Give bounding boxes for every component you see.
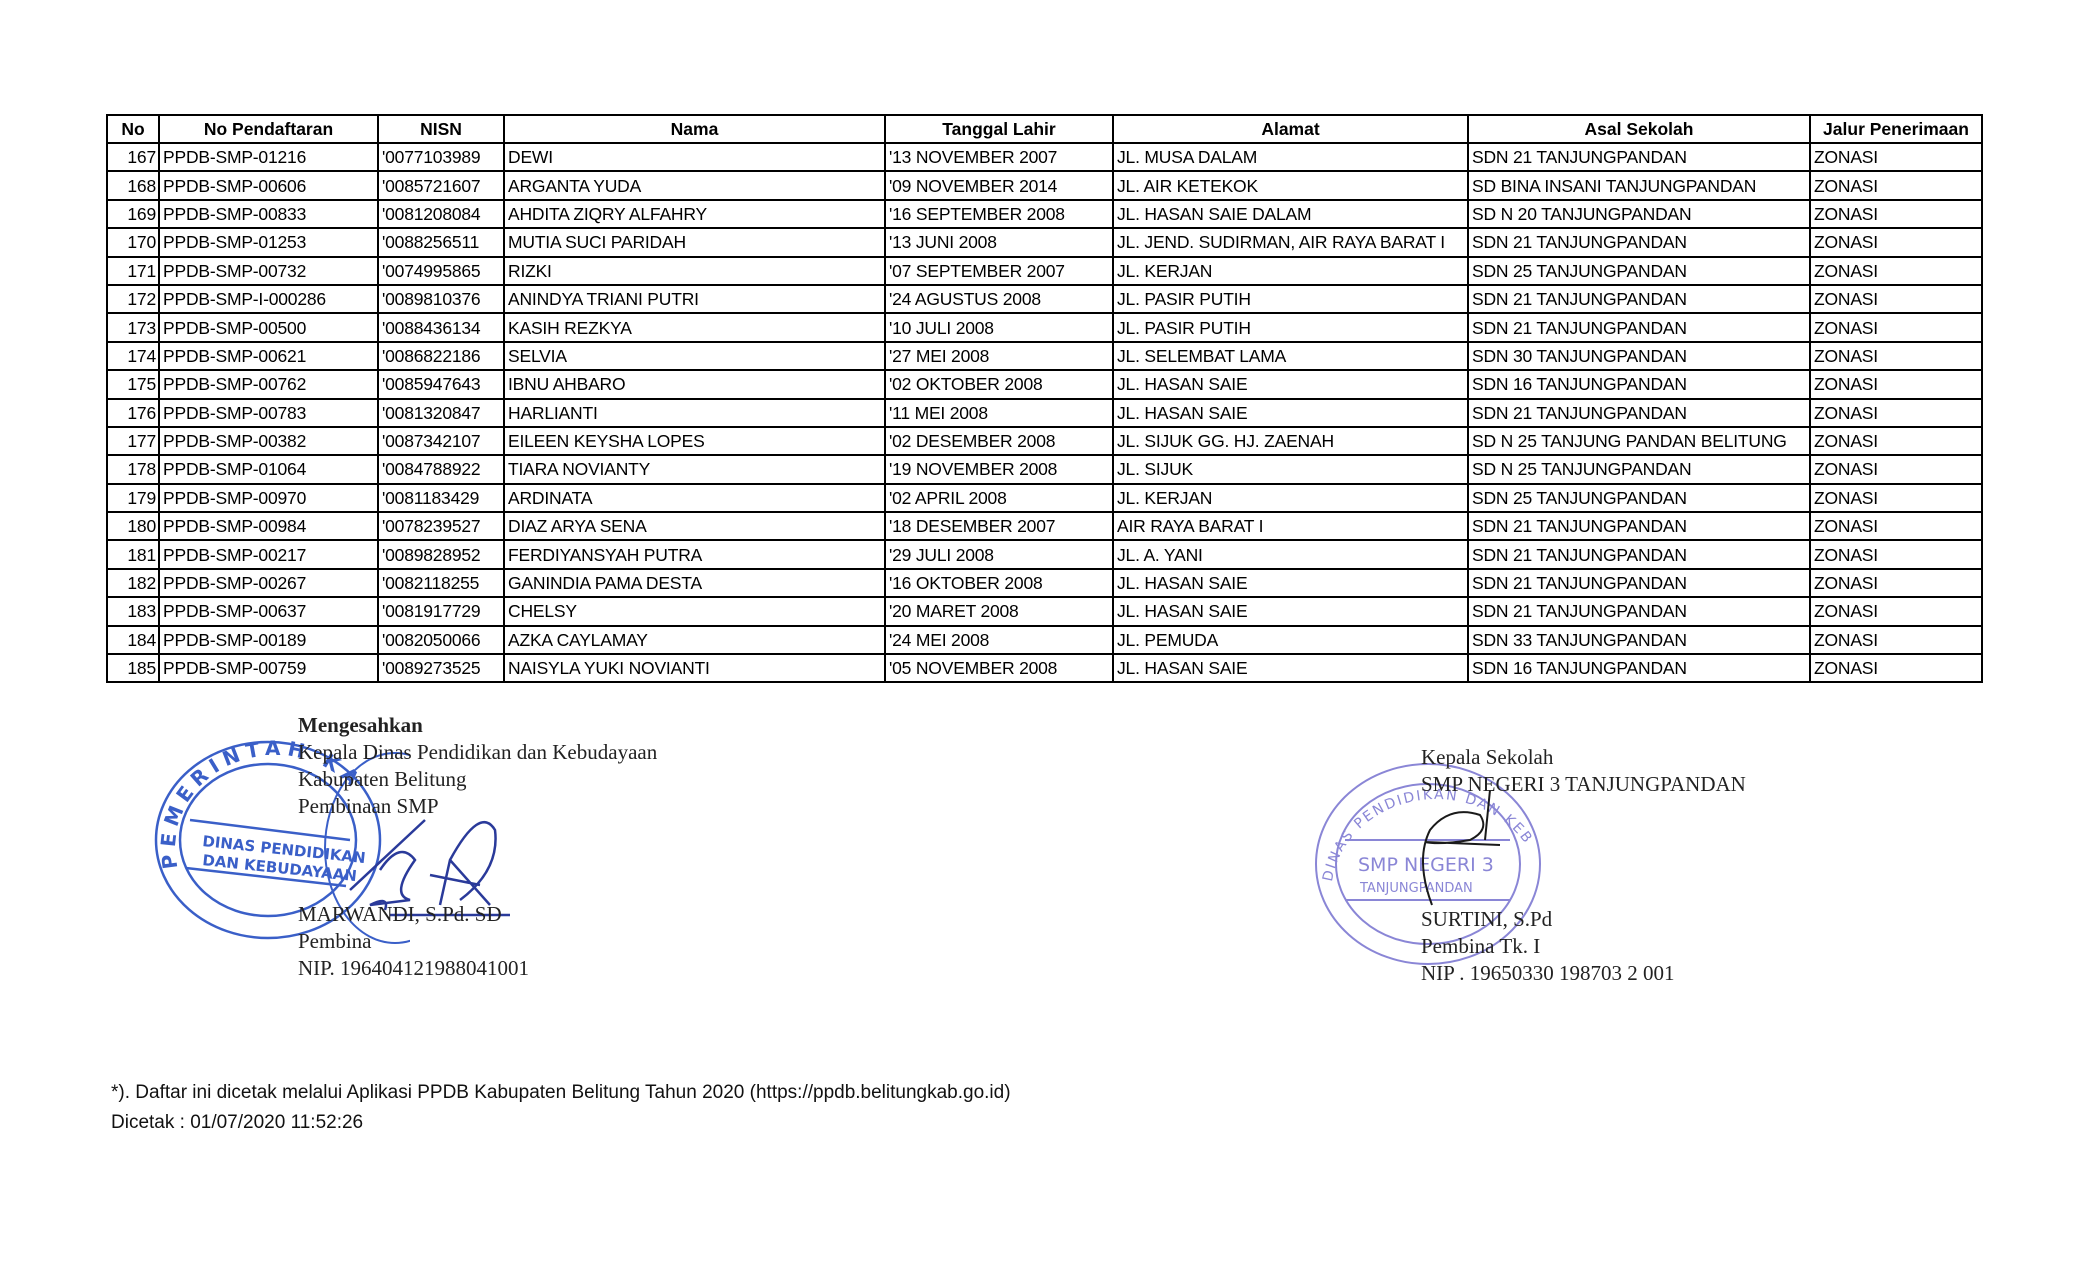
cell-registration-number: PPDB-SMP-00500 [159, 313, 378, 341]
table-row: 178PPDB-SMP-01064'0084788922TIARA NOVIAN… [107, 455, 1982, 483]
cell-nisn: '0085947643 [378, 370, 504, 398]
cell-nisn: '0089810376 [378, 285, 504, 313]
cell-no: 178 [107, 455, 159, 483]
table-row: 183PPDB-SMP-00637'0081917729CHELSY'20 MA… [107, 597, 1982, 625]
left-signatory-rank: Pembina [298, 928, 657, 955]
cell-admission-track: ZONASI [1810, 597, 1982, 625]
cell-no: 167 [107, 143, 159, 171]
table-row: 177PPDB-SMP-00382'0087342107EILEEN KEYSH… [107, 427, 1982, 455]
cell-birth-date: '16 OKTOBER 2008 [885, 569, 1113, 597]
left-signatory-name: MARWANDI, S.Pd. SD [298, 901, 657, 928]
cell-birth-date: '02 DESEMBER 2008 [885, 427, 1113, 455]
print-footer: *). Daftar ini dicetak melalui Aplikasi … [111, 1078, 1011, 1138]
registrant-table: No No Pendaftaran NISN Nama Tanggal Lahi… [106, 114, 1983, 683]
cell-birth-date: '27 MEI 2008 [885, 342, 1113, 370]
cell-birth-date: '29 JULI 2008 [885, 540, 1113, 568]
cell-nisn: '0089273525 [378, 654, 504, 682]
cell-origin-school: SDN 21 TANJUNGPANDAN [1468, 512, 1810, 540]
cell-address: JL. KERJAN [1113, 257, 1468, 285]
cell-no: 169 [107, 200, 159, 228]
table-row: 174PPDB-SMP-00621'0086822186SELVIA'27 ME… [107, 342, 1982, 370]
cell-no: 173 [107, 313, 159, 341]
table-row: 175PPDB-SMP-00762'0085947643IBNU AHBARO'… [107, 370, 1982, 398]
cell-admission-track: ZONASI [1810, 484, 1982, 512]
cell-nisn: '0081917729 [378, 597, 504, 625]
table-row: 180PPDB-SMP-00984'0078239527DIAZ ARYA SE… [107, 512, 1982, 540]
cell-registration-number: PPDB-SMP-00382 [159, 427, 378, 455]
cell-birth-date: '13 JUNI 2008 [885, 228, 1113, 256]
cell-admission-track: ZONASI [1810, 540, 1982, 568]
cell-address: JL. AIR KETEKOK [1113, 171, 1468, 199]
header-registration-number: No Pendaftaran [159, 115, 378, 143]
cell-name: DEWI [504, 143, 885, 171]
cell-name: AZKA CAYLAMAY [504, 626, 885, 654]
cell-nisn: '0078239527 [378, 512, 504, 540]
cell-birth-date: '16 SEPTEMBER 2008 [885, 200, 1113, 228]
cell-origin-school: SDN 21 TANJUNGPANDAN [1468, 143, 1810, 171]
cell-admission-track: ZONASI [1810, 399, 1982, 427]
header-name: Nama [504, 115, 885, 143]
table-row: 184PPDB-SMP-00189'0082050066AZKA CAYLAMA… [107, 626, 1982, 654]
cell-registration-number: PPDB-SMP-I-000286 [159, 285, 378, 313]
table-row: 181PPDB-SMP-00217'0089828952FERDIYANSYAH… [107, 540, 1982, 568]
cell-name: GANINDIA PAMA DESTA [504, 569, 885, 597]
left-signature-title-line2: Kabupaten Belitung [298, 766, 657, 793]
cell-name: IBNU AHBARO [504, 370, 885, 398]
cell-no: 185 [107, 654, 159, 682]
cell-name: MUTIA SUCI PARIDAH [504, 228, 885, 256]
cell-birth-date: '19 NOVEMBER 2008 [885, 455, 1113, 483]
cell-origin-school: SDN 21 TANJUNGPANDAN [1468, 569, 1810, 597]
header-address: Alamat [1113, 115, 1468, 143]
cell-no: 168 [107, 171, 159, 199]
right-signature-title-line1: Kepala Sekolah [1421, 744, 1746, 771]
right-signature-title-line2: SMP NEGERI 3 TANJUNGPANDAN [1421, 771, 1746, 798]
cell-address: JL. HASAN SAIE [1113, 370, 1468, 398]
left-signature-heading: Mengesahkan [298, 712, 657, 739]
cell-registration-number: PPDB-SMP-01064 [159, 455, 378, 483]
table-row: 170PPDB-SMP-01253'0088256511MUTIA SUCI P… [107, 228, 1982, 256]
cell-no: 183 [107, 597, 159, 625]
cell-name: SELVIA [504, 342, 885, 370]
cell-origin-school: SDN 21 TANJUNGPANDAN [1468, 597, 1810, 625]
cell-origin-school: SDN 16 TANJUNGPANDAN [1468, 654, 1810, 682]
header-birth-date: Tanggal Lahir [885, 115, 1113, 143]
table-row: 169PPDB-SMP-00833'0081208084AHDITA ZIQRY… [107, 200, 1982, 228]
cell-name: ANINDYA TRIANI PUTRI [504, 285, 885, 313]
cell-no: 177 [107, 427, 159, 455]
right-signatory-name: SURTINI, S.Pd [1421, 906, 1746, 933]
cell-origin-school: SDN 21 TANJUNGPANDAN [1468, 399, 1810, 427]
cell-birth-date: '02 APRIL 2008 [885, 484, 1113, 512]
cell-nisn: '0085721607 [378, 171, 504, 199]
cell-origin-school: SD N 20 TANJUNGPANDAN [1468, 200, 1810, 228]
cell-address: JL. SIJUK GG. HJ. ZAENAH [1113, 427, 1468, 455]
cell-name: HARLIANTI [504, 399, 885, 427]
cell-address: JL. PASIR PUTIH [1113, 285, 1468, 313]
table-row: 171PPDB-SMP-00732'0074995865RIZKI'07 SEP… [107, 257, 1982, 285]
cell-registration-number: PPDB-SMP-00637 [159, 597, 378, 625]
cell-registration-number: PPDB-SMP-00189 [159, 626, 378, 654]
cell-name: RIZKI [504, 257, 885, 285]
cell-origin-school: SDN 30 TANJUNGPANDAN [1468, 342, 1810, 370]
cell-nisn: '0082118255 [378, 569, 504, 597]
cell-admission-track: ZONASI [1810, 313, 1982, 341]
cell-origin-school: SD N 25 TANJUNGPANDAN [1468, 455, 1810, 483]
cell-no: 171 [107, 257, 159, 285]
table-header-row: No No Pendaftaran NISN Nama Tanggal Lahi… [107, 115, 1982, 143]
header-admission-track: Jalur Penerimaan [1810, 115, 1982, 143]
cell-name: KASIH REZKYA [504, 313, 885, 341]
cell-nisn: '0084788922 [378, 455, 504, 483]
cell-name: NAISYLA YUKI NOVIANTI [504, 654, 885, 682]
cell-no: 182 [107, 569, 159, 597]
cell-registration-number: PPDB-SMP-00762 [159, 370, 378, 398]
cell-admission-track: ZONASI [1810, 285, 1982, 313]
cell-birth-date: '24 MEI 2008 [885, 626, 1113, 654]
cell-registration-number: PPDB-SMP-00759 [159, 654, 378, 682]
cell-name: EILEEN KEYSHA LOPES [504, 427, 885, 455]
cell-nisn: '0088256511 [378, 228, 504, 256]
cell-admission-track: ZONASI [1810, 228, 1982, 256]
cell-no: 176 [107, 399, 159, 427]
cell-birth-date: '18 DESEMBER 2007 [885, 512, 1113, 540]
table-row: 185PPDB-SMP-00759'0089273525NAISYLA YUKI… [107, 654, 1982, 682]
cell-name: TIARA NOVIANTY [504, 455, 885, 483]
cell-address: AIR RAYA BARAT I [1113, 512, 1468, 540]
cell-admission-track: ZONASI [1810, 569, 1982, 597]
cell-registration-number: PPDB-SMP-00970 [159, 484, 378, 512]
cell-nisn: '0074995865 [378, 257, 504, 285]
cell-no: 170 [107, 228, 159, 256]
cell-no: 179 [107, 484, 159, 512]
cell-admission-track: ZONASI [1810, 342, 1982, 370]
cell-admission-track: ZONASI [1810, 370, 1982, 398]
left-signatory-nip: NIP. 196404121988041001 [298, 955, 657, 982]
cell-birth-date: '24 AGUSTUS 2008 [885, 285, 1113, 313]
cell-admission-track: ZONASI [1810, 171, 1982, 199]
table-row: 168PPDB-SMP-00606'0085721607ARGANTA YUDA… [107, 171, 1982, 199]
cell-address: JL. HASAN SAIE [1113, 569, 1468, 597]
right-signatory-rank: Pembina Tk. I [1421, 933, 1746, 960]
cell-registration-number: PPDB-SMP-00783 [159, 399, 378, 427]
cell-address: JL. PASIR PUTIH [1113, 313, 1468, 341]
cell-address: JL. HASAN SAIE [1113, 399, 1468, 427]
right-signature-block: Kepala Sekolah SMP NEGERI 3 TANJUNGPANDA… [1421, 744, 1746, 987]
cell-registration-number: PPDB-SMP-00732 [159, 257, 378, 285]
footer-print-timestamp: Dicetak : 01/07/2020 11:52:26 [111, 1108, 1011, 1138]
cell-nisn: '0077103989 [378, 143, 504, 171]
header-nisn: NISN [378, 115, 504, 143]
cell-birth-date: '10 JULI 2008 [885, 313, 1113, 341]
cell-origin-school: SDN 21 TANJUNGPANDAN [1468, 540, 1810, 568]
cell-address: JL. PEMUDA [1113, 626, 1468, 654]
cell-admission-track: ZONASI [1810, 143, 1982, 171]
cell-admission-track: ZONASI [1810, 257, 1982, 285]
cell-admission-track: ZONASI [1810, 455, 1982, 483]
cell-address: JL. MUSA DALAM [1113, 143, 1468, 171]
cell-address: JL. SELEMBAT LAMA [1113, 342, 1468, 370]
cell-nisn: '0081183429 [378, 484, 504, 512]
cell-admission-track: ZONASI [1810, 654, 1982, 682]
table-row: 182PPDB-SMP-00267'0082118255GANINDIA PAM… [107, 569, 1982, 597]
cell-name: AHDITA ZIQRY ALFAHRY [504, 200, 885, 228]
cell-birth-date: '07 SEPTEMBER 2007 [885, 257, 1113, 285]
cell-registration-number: PPDB-SMP-00833 [159, 200, 378, 228]
cell-origin-school: SDN 21 TANJUNGPANDAN [1468, 313, 1810, 341]
cell-registration-number: PPDB-SMP-00267 [159, 569, 378, 597]
cell-registration-number: PPDB-SMP-00984 [159, 512, 378, 540]
cell-nisn: '0086822186 [378, 342, 504, 370]
cell-origin-school: SD BINA INSANI TANJUNGPANDAN [1468, 171, 1810, 199]
cell-address: JL. HASAN SAIE [1113, 597, 1468, 625]
cell-name: FERDIYANSYAH PUTRA [504, 540, 885, 568]
cell-address: JL. HASAN SAIE [1113, 654, 1468, 682]
cell-nisn: '0089828952 [378, 540, 504, 568]
cell-birth-date: '02 OKTOBER 2008 [885, 370, 1113, 398]
cell-birth-date: '11 MEI 2008 [885, 399, 1113, 427]
cell-origin-school: SDN 33 TANJUNGPANDAN [1468, 626, 1810, 654]
table-row: 173PPDB-SMP-00500'0088436134KASIH REZKYA… [107, 313, 1982, 341]
left-signature-title-line1: Kepala Dinas Pendidikan dan Kebudayaan [298, 739, 657, 766]
cell-registration-number: PPDB-SMP-00217 [159, 540, 378, 568]
cell-origin-school: SDN 21 TANJUNGPANDAN [1468, 285, 1810, 313]
cell-nisn: '0088436134 [378, 313, 504, 341]
table-row: 179PPDB-SMP-00970'0081183429ARDINATA'02 … [107, 484, 1982, 512]
cell-nisn: '0081320847 [378, 399, 504, 427]
cell-origin-school: SDN 25 TANJUNGPANDAN [1468, 484, 1810, 512]
cell-address: JL. SIJUK [1113, 455, 1468, 483]
cell-name: ARGANTA YUDA [504, 171, 885, 199]
cell-registration-number: PPDB-SMP-00621 [159, 342, 378, 370]
left-signature-block: Mengesahkan Kepala Dinas Pendidikan dan … [298, 712, 657, 982]
cell-address: JL. KERJAN [1113, 484, 1468, 512]
footer-note: *). Daftar ini dicetak melalui Aplikasi … [111, 1078, 1011, 1108]
cell-address: JL. A. YANI [1113, 540, 1468, 568]
cell-no: 181 [107, 540, 159, 568]
cell-no: 180 [107, 512, 159, 540]
header-no: No [107, 115, 159, 143]
cell-no: 174 [107, 342, 159, 370]
cell-birth-date: '20 MARET 2008 [885, 597, 1113, 625]
cell-admission-track: ZONASI [1810, 626, 1982, 654]
cell-origin-school: SDN 21 TANJUNGPANDAN [1468, 228, 1810, 256]
cell-birth-date: '09 NOVEMBER 2014 [885, 171, 1113, 199]
cell-nisn: '0087342107 [378, 427, 504, 455]
cell-nisn: '0082050066 [378, 626, 504, 654]
cell-nisn: '0081208084 [378, 200, 504, 228]
table-row: 176PPDB-SMP-00783'0081320847HARLIANTI'11… [107, 399, 1982, 427]
cell-address: JL. HASAN SAIE DALAM [1113, 200, 1468, 228]
table-row: 167PPDB-SMP-01216'0077103989DEWI'13 NOVE… [107, 143, 1982, 171]
cell-no: 172 [107, 285, 159, 313]
cell-origin-school: SDN 25 TANJUNGPANDAN [1468, 257, 1810, 285]
cell-admission-track: ZONASI [1810, 427, 1982, 455]
cell-name: ARDINATA [504, 484, 885, 512]
cell-no: 184 [107, 626, 159, 654]
cell-admission-track: ZONASI [1810, 512, 1982, 540]
cell-birth-date: '13 NOVEMBER 2007 [885, 143, 1113, 171]
cell-registration-number: PPDB-SMP-01216 [159, 143, 378, 171]
cell-no: 175 [107, 370, 159, 398]
cell-origin-school: SDN 16 TANJUNGPANDAN [1468, 370, 1810, 398]
cell-name: CHELSY [504, 597, 885, 625]
cell-name: DIAZ ARYA SENA [504, 512, 885, 540]
right-signatory-nip: NIP . 19650330 198703 2 001 [1421, 960, 1746, 987]
header-origin-school: Asal Sekolah [1468, 115, 1810, 143]
cell-address: JL. JEND. SUDIRMAN, AIR RAYA BARAT I [1113, 228, 1468, 256]
cell-admission-track: ZONASI [1810, 200, 1982, 228]
table-row: 172PPDB-SMP-I-000286'0089810376ANINDYA T… [107, 285, 1982, 313]
cell-birth-date: '05 NOVEMBER 2008 [885, 654, 1113, 682]
cell-registration-number: PPDB-SMP-01253 [159, 228, 378, 256]
table-body: 167PPDB-SMP-01216'0077103989DEWI'13 NOVE… [107, 143, 1982, 682]
left-signature-title-line3: Pembinaan SMP [298, 793, 657, 820]
cell-registration-number: PPDB-SMP-00606 [159, 171, 378, 199]
cell-origin-school: SD N 25 TANJUNG PANDAN BELITUNG [1468, 427, 1810, 455]
